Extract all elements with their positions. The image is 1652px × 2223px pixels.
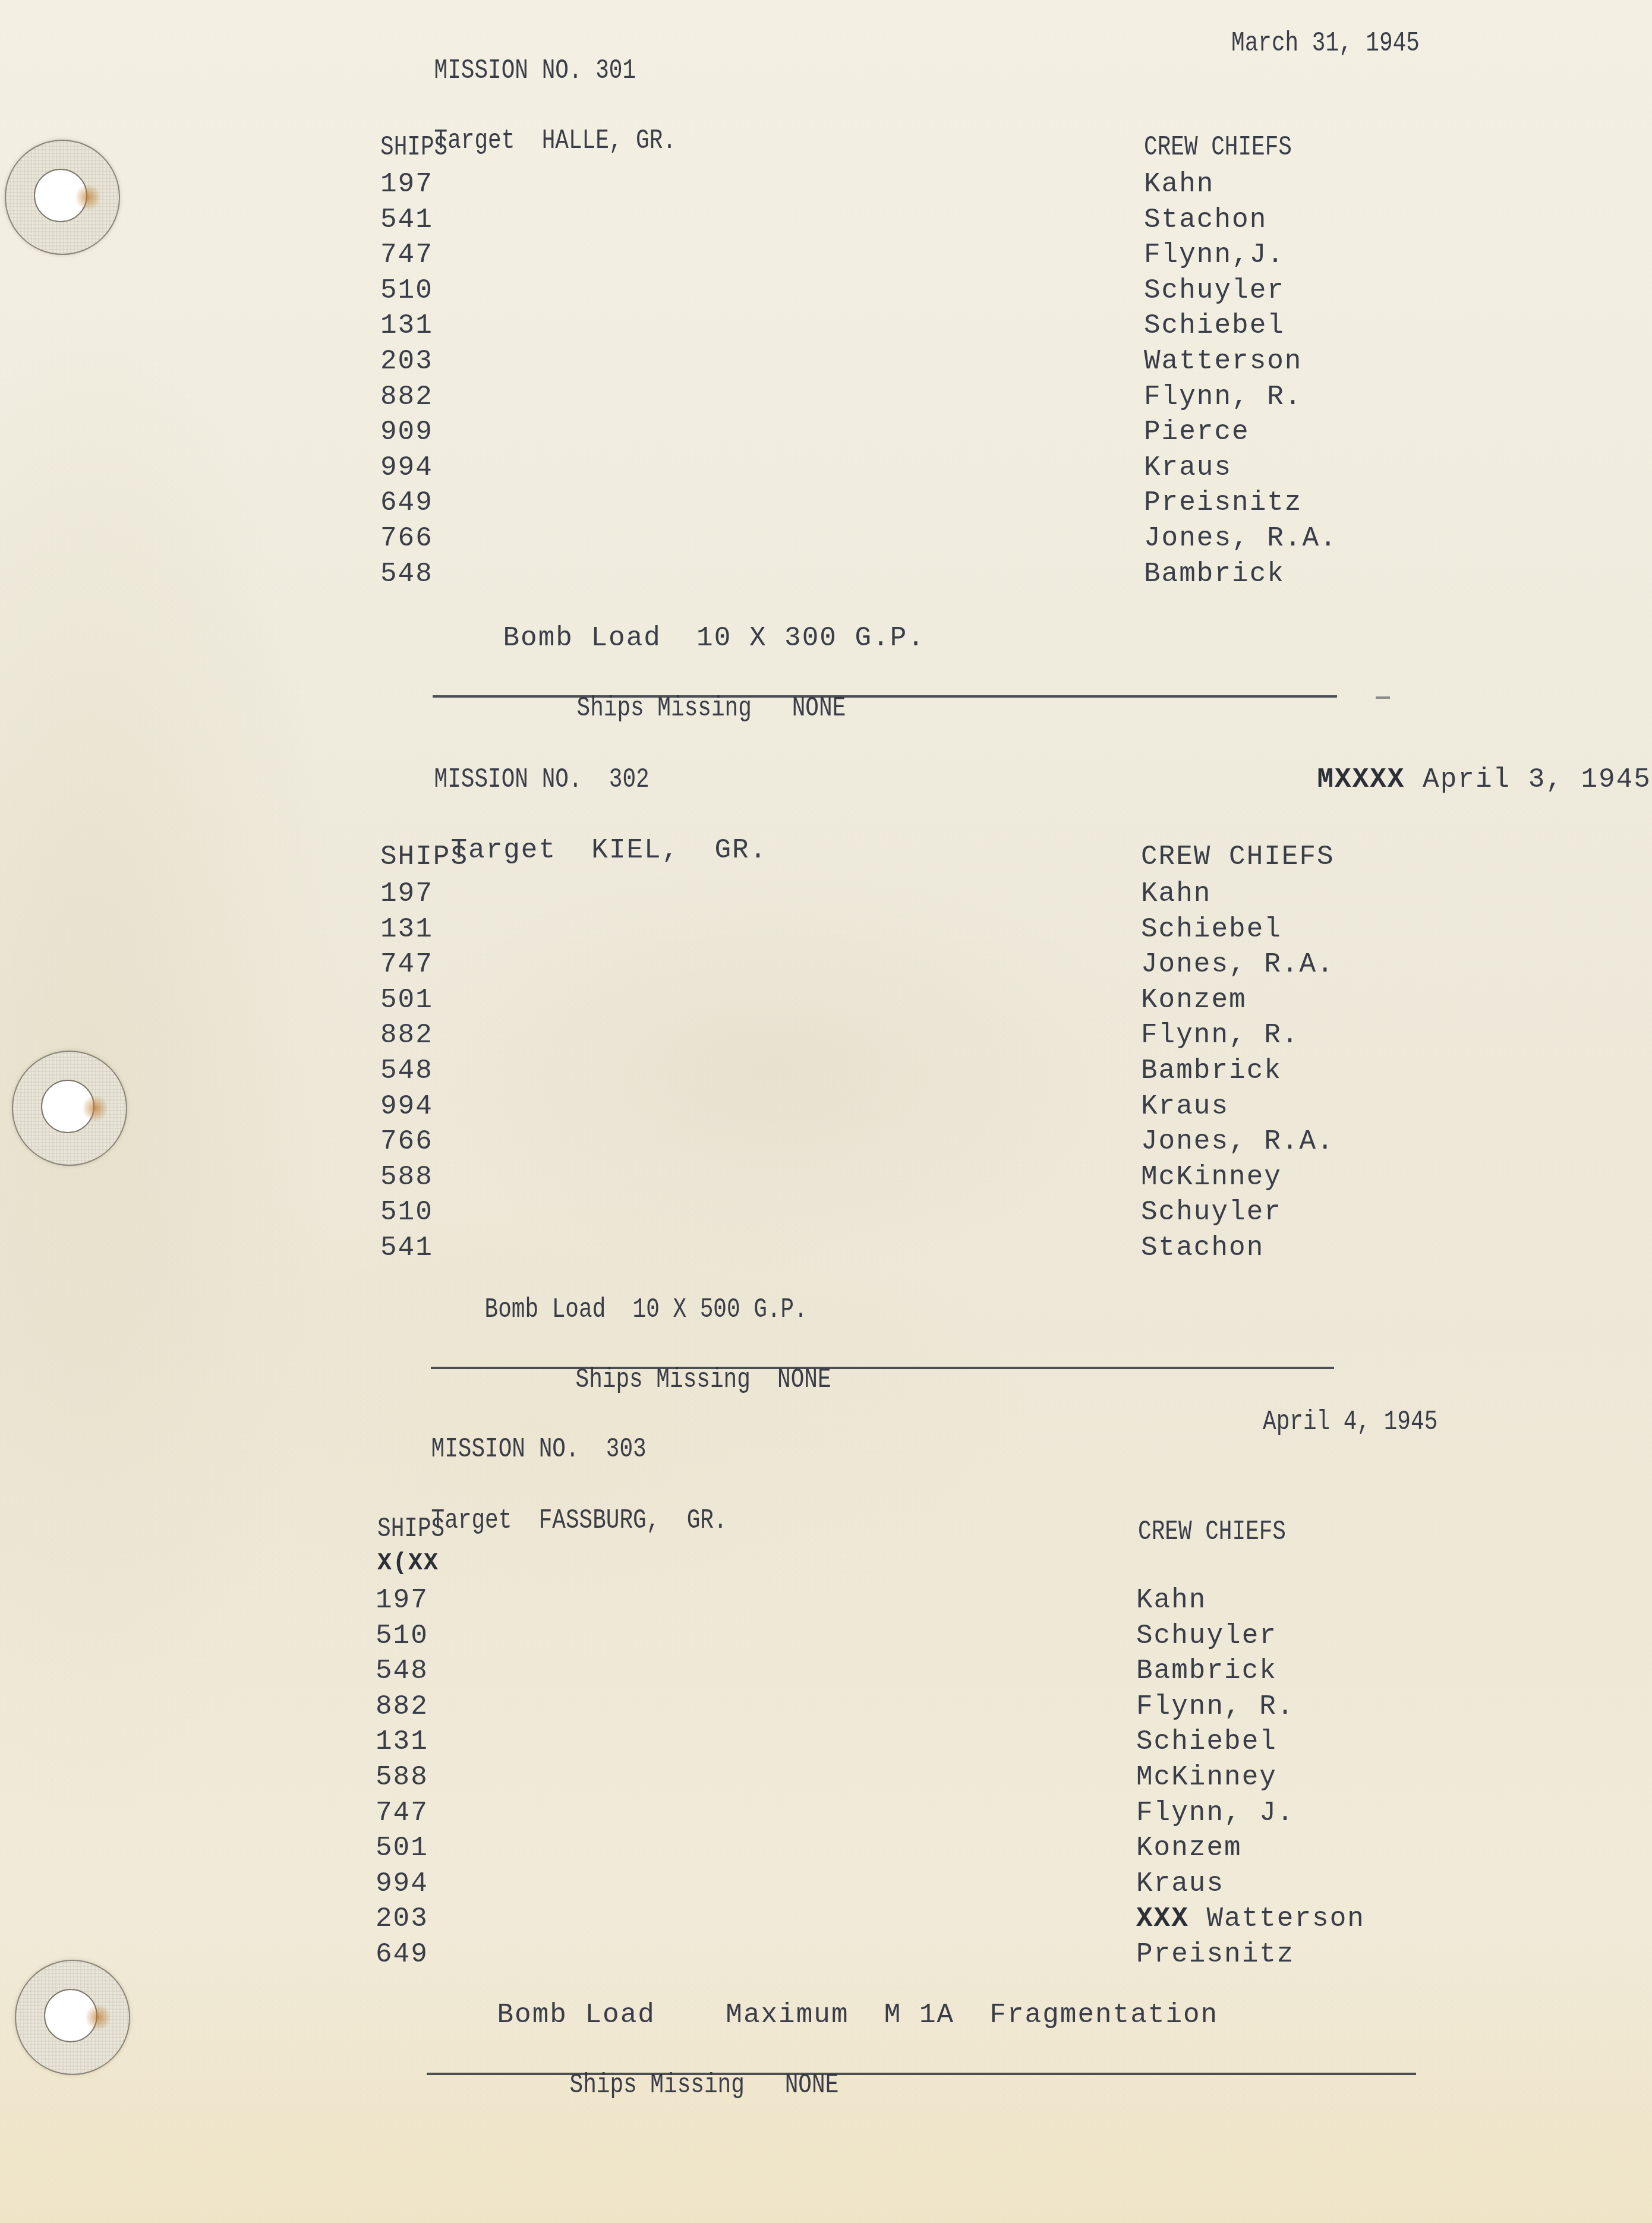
ship-number-text: 588 <box>380 1162 433 1193</box>
ship-number: 994 <box>376 1870 428 1906</box>
ships-header: SHIPS <box>380 843 468 871</box>
crew-chief-name: Flynn,J. <box>1144 241 1338 277</box>
ships-header: SHIPS <box>380 134 447 161</box>
ship-number-text: 131 <box>380 310 433 341</box>
mission-number: 302 <box>609 764 650 795</box>
hole-reinforcement-middle <box>12 1051 127 1166</box>
ships-list: 197131747501882548994766588510541 <box>380 880 433 1270</box>
ship-number: 541 <box>380 206 433 242</box>
crew-chief-text: Schuyler <box>1136 1620 1277 1651</box>
ship-number: 197 <box>376 1587 428 1622</box>
ship-number: 994 <box>380 454 433 490</box>
ship-number-text: 882 <box>380 1020 433 1051</box>
ship-number: 548 <box>380 1057 433 1093</box>
ship-number: 197 <box>380 880 433 916</box>
ship-number: 649 <box>376 1941 428 1976</box>
ship-number: 197 <box>380 171 433 206</box>
ship-number: 131 <box>376 1728 428 1764</box>
crew-chief-name: Flynn, J. <box>1136 1799 1365 1835</box>
ship-number: 649 <box>380 489 433 525</box>
crew-chief-text: Schuyler <box>1144 275 1285 306</box>
crew-chief-text: Flynn, R. <box>1144 381 1302 412</box>
ship-number: 588 <box>380 1163 433 1199</box>
crew-chief-text: Schiebel <box>1144 310 1285 341</box>
bomb-load-label: Bomb Load <box>485 1294 606 1325</box>
crew-chiefs-list: KahnSchiebelJones, R.A.KonzemFlynn, R.Ba… <box>1141 880 1335 1270</box>
crew-chiefs-list: KahnStachonFlynn,J.SchuylerSchiebelWatte… <box>1144 171 1338 595</box>
ship-number-text: 510 <box>380 275 433 306</box>
ship-number: 747 <box>380 241 433 277</box>
ship-number: 203 <box>376 1905 428 1941</box>
crew-chief-name: McKinney <box>1136 1764 1365 1799</box>
crew-chief-name: Kahn <box>1144 171 1338 206</box>
ship-number-text: 501 <box>380 985 433 1016</box>
rust-stain <box>76 182 100 212</box>
ship-number-text: 197 <box>380 169 433 200</box>
crew-chief-name: Kraus <box>1144 454 1338 490</box>
mission-label: MISSION NO. 302 <box>380 739 650 821</box>
crew-chief-text: Jones, R.A. <box>1144 523 1338 554</box>
crew-chief-name: Stachon <box>1141 1234 1335 1270</box>
ship-number-text: 882 <box>376 1691 428 1722</box>
crew-chief-name: Schiebel <box>1141 916 1335 951</box>
crew-chief-text: Kraus <box>1144 452 1232 483</box>
crew-chief-name: McKinney <box>1141 1163 1335 1199</box>
ship-number: 909 <box>380 418 433 454</box>
ship-number-text: 548 <box>380 1055 433 1086</box>
crew-chiefs-header: CREW CHIEFS <box>1138 1518 1286 1546</box>
crew-chief-name: Bambrick <box>1144 560 1338 596</box>
section-divider <box>433 695 1337 698</box>
crew-chief-text: Kahn <box>1141 878 1211 909</box>
struck-out-text: MXXXX <box>1317 764 1405 795</box>
mission-label-text: MISSION NO. <box>434 764 582 795</box>
crew-chiefs-list: KahnSchuylerBambrickFlynn, R.SchiebelMcK… <box>1136 1587 1365 1976</box>
rust-stain <box>83 1093 107 1123</box>
ship-number: 510 <box>380 277 433 313</box>
ship-number-text: 510 <box>376 1620 428 1651</box>
ships-missing: Ships Missing NONE <box>523 667 846 749</box>
bomb-load-value: 10 X 500 G.P. <box>633 1294 808 1325</box>
crew-chief-text: Stachon <box>1144 204 1267 235</box>
target-value: HALLE, GR. <box>542 125 676 156</box>
crew-chief-name: Watterson <box>1144 348 1338 383</box>
crew-chief-text: Preisnitz <box>1144 487 1302 518</box>
ship-number-text: 197 <box>376 1585 428 1616</box>
ship-number-text: 203 <box>380 346 433 377</box>
hole-reinforcement-top <box>5 140 120 255</box>
crew-chief-text: McKinney <box>1136 1762 1277 1793</box>
ship-number: 501 <box>380 986 433 1022</box>
crew-chief-name: Jones, R.A. <box>1141 1128 1335 1163</box>
target-value: KIEL, GR. <box>591 835 767 866</box>
struck-out-text: X(XX <box>377 1552 439 1576</box>
crew-chief-name: Schiebel <box>1136 1728 1365 1764</box>
crew-chief-text: Kahn <box>1144 169 1214 200</box>
crew-chief-text: Flynn, R. <box>1136 1691 1294 1722</box>
crew-chief-name: Pierce <box>1144 418 1338 454</box>
crew-chief-text: Flynn,J. <box>1144 239 1285 270</box>
crew-chief-text: Pierce <box>1144 417 1250 447</box>
ship-number-text: 548 <box>376 1656 428 1686</box>
crew-chief-name: Bambrick <box>1136 1657 1365 1693</box>
ship-number-text: 541 <box>380 1232 433 1263</box>
ship-number-text: 994 <box>376 1868 428 1899</box>
ship-number: 548 <box>380 560 433 596</box>
mission-date: March 31, 1945 <box>1231 30 1420 57</box>
mission-date: MXXXX April 3, 1945 <box>1247 739 1651 821</box>
crew-chief-name: Schuyler <box>1144 277 1338 313</box>
crew-chief-name: Konzem <box>1141 986 1335 1022</box>
mission-label-text: MISSION NO. <box>431 1434 579 1465</box>
crew-chief-text: Preisnitz <box>1136 1939 1294 1970</box>
ship-number: 766 <box>380 1128 433 1163</box>
crew-chief-text: Kahn <box>1136 1585 1206 1616</box>
ship-number-text: 766 <box>380 1126 433 1157</box>
ship-number: 882 <box>376 1693 428 1729</box>
crew-chief-name: Konzem <box>1136 1834 1365 1870</box>
crew-chief-name: Preisnitz <box>1136 1941 1365 1976</box>
ship-number: 588 <box>376 1764 428 1799</box>
ship-number-text: 747 <box>376 1798 428 1828</box>
ship-number: 747 <box>376 1799 428 1835</box>
crew-chief-text: Schiebel <box>1141 914 1282 945</box>
crew-chief-name: Kahn <box>1136 1587 1365 1622</box>
ship-number: 501 <box>376 1834 428 1870</box>
ship-number-text: 994 <box>380 452 433 483</box>
crew-chief-text: Jones, R.A. <box>1141 949 1335 980</box>
crew-chief-name: Jones, R.A. <box>1144 525 1338 560</box>
crew-chief-text: Bambrick <box>1144 559 1285 589</box>
hole-reinforcement-bottom <box>15 1960 130 2075</box>
mission-number: 303 <box>606 1434 647 1465</box>
ship-number: 548 <box>376 1657 428 1693</box>
crew-chief-name: Flynn, R. <box>1136 1693 1365 1729</box>
ship-number-text: 131 <box>376 1726 428 1757</box>
paper-background <box>0 0 1652 2223</box>
crew-chiefs-header: CREW CHIEFS <box>1144 134 1292 161</box>
crew-chief-text: Watterson <box>1144 346 1302 377</box>
crew-chief-name: Schuyler <box>1141 1199 1335 1234</box>
bomb-load-value: 10 X 300 G.P. <box>696 623 925 654</box>
crew-chief-name: Kraus <box>1136 1870 1365 1906</box>
crew-chief-name: Preisnitz <box>1144 489 1338 525</box>
crew-chief-text: Kraus <box>1141 1091 1229 1122</box>
ship-number-text: 766 <box>380 523 433 554</box>
bomb-load-label: Bomb Load <box>497 2000 655 2030</box>
crew-chief-name: Flynn, R. <box>1141 1021 1335 1057</box>
ship-number: 747 <box>380 951 433 986</box>
rust-stain <box>86 2003 110 2032</box>
ship-number: 882 <box>380 383 433 419</box>
crew-chief-name: Bambrick <box>1141 1057 1335 1093</box>
ship-number: 510 <box>376 1622 428 1658</box>
ships-list: 197541747510131203882909994649766548 <box>380 171 433 595</box>
ship-number: 510 <box>380 1199 433 1234</box>
crew-chief-name: Flynn, R. <box>1144 383 1338 419</box>
ship-number-text: 747 <box>380 949 433 980</box>
mission-label: MISSION NO. 303 <box>377 1408 647 1490</box>
ship-number-text: 649 <box>376 1939 428 1970</box>
crew-chief-text: Jones, R.A. <box>1141 1126 1335 1157</box>
crew-chief-name: Kraus <box>1141 1093 1335 1128</box>
ships-list: 197510548882131588747501994203649 <box>376 1587 428 1976</box>
crew-chief-text: Flynn, J. <box>1136 1798 1294 1828</box>
ship-number-text: 131 <box>380 914 433 945</box>
crew-chief-text: Bambrick <box>1141 1055 1282 1086</box>
crew-chief-name: XXX Watterson <box>1136 1905 1365 1941</box>
mission-date: April 4, 1945 <box>1263 1408 1437 1436</box>
ship-number-text: 747 <box>380 239 433 270</box>
ship-number-text: 882 <box>380 381 433 412</box>
bomb-load-value: Maximum M 1A Fragmentation <box>726 2000 1218 2030</box>
crew-chief-name: Stachon <box>1144 206 1338 242</box>
crew-chief-name: Schuyler <box>1136 1622 1365 1658</box>
ship-number-text: 909 <box>380 417 433 447</box>
ships-missing: Ships Missing NONE <box>516 2044 838 2126</box>
target-value: FASSBURG, GR. <box>539 1505 727 1536</box>
mission-label-text: MISSION NO. <box>434 55 582 86</box>
section-divider <box>427 2073 1416 2075</box>
crew-chief-text: Schiebel <box>1136 1726 1277 1757</box>
crew-chief-text: Konzem <box>1141 985 1247 1016</box>
ship-number-text: 588 <box>376 1762 428 1793</box>
crew-chief-name: Jones, R.A. <box>1141 951 1335 986</box>
ship-number: 131 <box>380 916 433 951</box>
ship-number-text: 994 <box>380 1091 433 1122</box>
crew-chief-name: Schiebel <box>1144 312 1338 348</box>
ship-number: 541 <box>380 1234 433 1270</box>
ship-number-text: 649 <box>380 487 433 518</box>
crew-chiefs-header: CREW CHIEFS <box>1141 843 1335 871</box>
ships-header: SHIPS <box>377 1515 444 1543</box>
ship-number: 882 <box>380 1021 433 1057</box>
crew-chief-name: Kahn <box>1141 880 1335 916</box>
crew-chief-text: Schuyler <box>1141 1197 1282 1228</box>
crew-chief-text: Watterson <box>1206 1903 1364 1934</box>
ship-number-text: 501 <box>376 1833 428 1863</box>
ship-number-text: 197 <box>380 878 433 909</box>
divider-tail <box>1376 696 1390 699</box>
bomb-load-label: Bomb Load <box>503 623 661 654</box>
crew-chief-text: Kraus <box>1136 1868 1224 1899</box>
struck-out-text: XXX <box>1136 1903 1189 1934</box>
ship-number: 131 <box>380 312 433 348</box>
ship-number: 994 <box>380 1093 433 1128</box>
ship-number-text: 510 <box>380 1197 433 1228</box>
crew-chief-text: McKinney <box>1141 1162 1282 1193</box>
mission-date-text: April 3, 1945 <box>1423 764 1651 795</box>
crew-chief-text: Flynn, R. <box>1141 1020 1299 1051</box>
crew-chief-text: Bambrick <box>1136 1656 1277 1686</box>
mission-number: 301 <box>595 55 636 86</box>
ship-number-text: 548 <box>380 559 433 589</box>
ship-number: 203 <box>380 348 433 383</box>
crew-chief-text: Konzem <box>1136 1833 1242 1863</box>
ship-number-text: 541 <box>380 204 433 235</box>
section-divider <box>431 1367 1334 1369</box>
ship-number-text: 203 <box>376 1903 428 1934</box>
crew-chief-text: Stachon <box>1141 1232 1264 1263</box>
ship-number: 766 <box>380 525 433 560</box>
